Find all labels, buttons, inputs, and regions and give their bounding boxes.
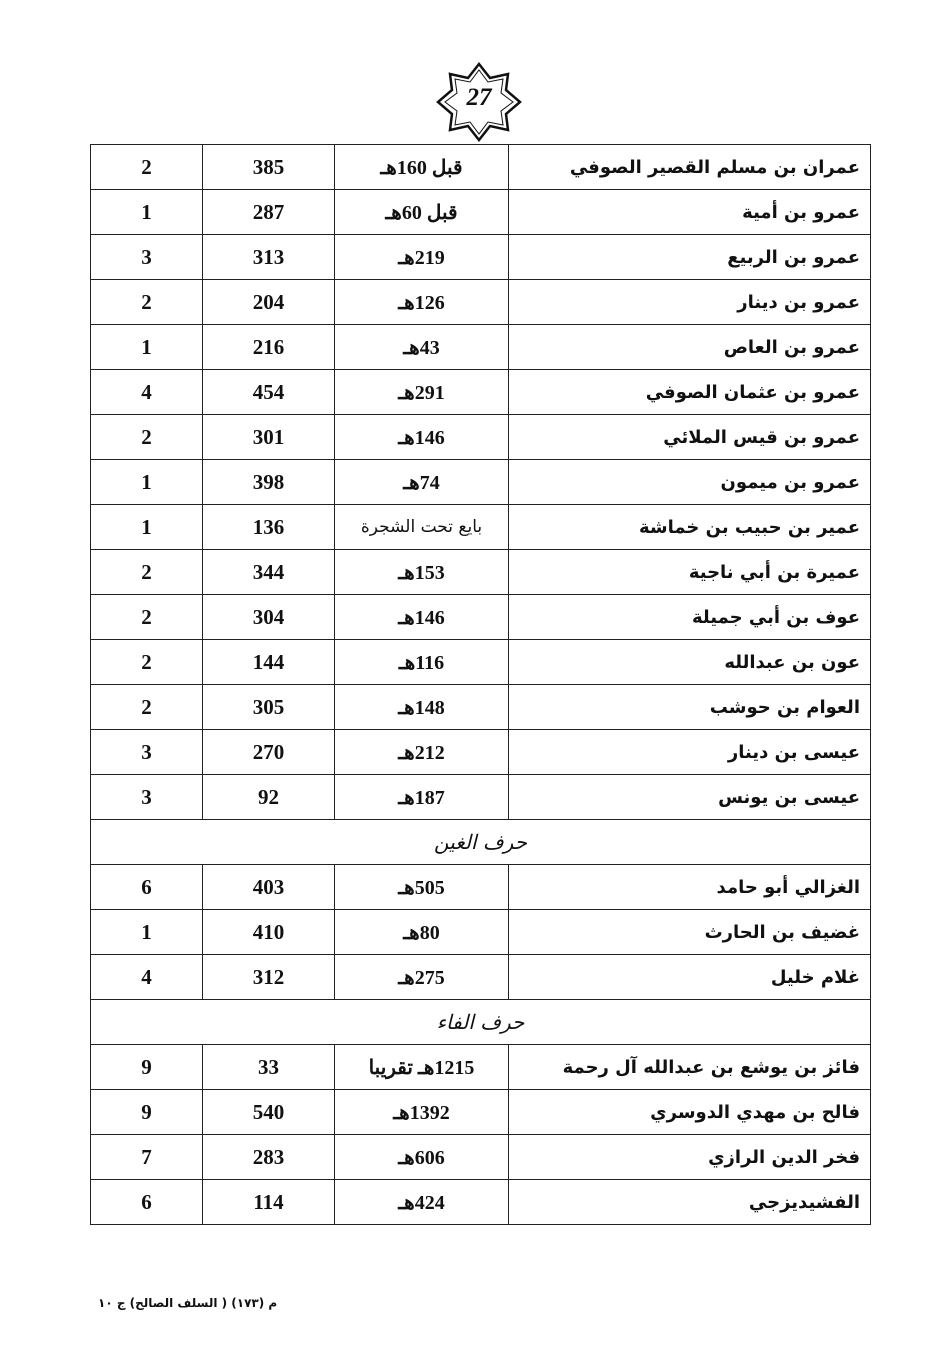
- name-cell: عون بن عبدالله: [509, 640, 871, 685]
- table-row: عمرو بن عثمان الصوفي291هـ4544: [91, 370, 871, 415]
- page-cell: 305: [203, 685, 335, 730]
- volume-cell: 1: [91, 460, 203, 505]
- volume-cell: 2: [91, 415, 203, 460]
- table-row: عمرو بن أميةقبل 60هـ2871: [91, 190, 871, 235]
- table-row: الغزالي أبو حامد505هـ4036: [91, 865, 871, 910]
- name-cell: الغزالي أبو حامد: [509, 865, 871, 910]
- page-cell: 403: [203, 865, 335, 910]
- name-cell: عمرو بن عثمان الصوفي: [509, 370, 871, 415]
- volume-cell: 3: [91, 730, 203, 775]
- name-cell: غضيف بن الحارث: [509, 910, 871, 955]
- index-table: عمران بن مسلم القصير الصوفيقبل 160هـ3852…: [90, 144, 871, 1225]
- page-cell: 136: [203, 505, 335, 550]
- table-row: فخر الدين الرازي606هـ2837: [91, 1135, 871, 1180]
- page-cell: 283: [203, 1135, 335, 1180]
- page-cell: 344: [203, 550, 335, 595]
- page-cell: 33: [203, 1045, 335, 1090]
- name-cell: عمرو بن أمية: [509, 190, 871, 235]
- death-date-cell: بايع تحت الشجرة: [335, 505, 509, 550]
- table-row: عميرة بن أبي ناجية153هـ3442: [91, 550, 871, 595]
- table-row: عمير بن حبيب بن خماشةبايع تحت الشجرة1361: [91, 505, 871, 550]
- table-row: غضيف بن الحارث80هـ4101: [91, 910, 871, 955]
- death-date-cell: 505هـ: [335, 865, 509, 910]
- death-date-cell: 1215هـ تقريبا: [335, 1045, 509, 1090]
- table-row: عمرو بن دينار126هـ2042: [91, 280, 871, 325]
- table-row: غلام خليل275هـ3124: [91, 955, 871, 1000]
- volume-cell: 1: [91, 910, 203, 955]
- page-cell: 313: [203, 235, 335, 280]
- death-date-cell: 187هـ: [335, 775, 509, 820]
- page-cell: 144: [203, 640, 335, 685]
- death-date-cell: 1392هـ: [335, 1090, 509, 1135]
- page-cell: 410: [203, 910, 335, 955]
- volume-cell: 2: [91, 685, 203, 730]
- volume-cell: 1: [91, 325, 203, 370]
- page-cell: 301: [203, 415, 335, 460]
- section-title: حرف الغين: [91, 820, 871, 865]
- page-cell: 216: [203, 325, 335, 370]
- page-cell: 398: [203, 460, 335, 505]
- table-row: عمران بن مسلم القصير الصوفيقبل 160هـ3852: [91, 145, 871, 190]
- table-row: فائز بن يوشع بن عبدالله آل رحمة1215هـ تق…: [91, 1045, 871, 1090]
- table-row: عمرو بن العاص43هـ2161: [91, 325, 871, 370]
- volume-cell: 1: [91, 505, 203, 550]
- page-cell: 270: [203, 730, 335, 775]
- page-cell: 540: [203, 1090, 335, 1135]
- name-cell: الفشيديزجي: [509, 1180, 871, 1225]
- page-number-badge: 27: [436, 62, 522, 142]
- table-row: عمرو بن الربيع219هـ3133: [91, 235, 871, 280]
- volume-cell: 4: [91, 955, 203, 1000]
- section-header-row: حرف الغين: [91, 820, 871, 865]
- name-cell: العوام بن حوشب: [509, 685, 871, 730]
- volume-cell: 7: [91, 1135, 203, 1180]
- name-cell: عوف بن أبي جميلة: [509, 595, 871, 640]
- page-cell: 114: [203, 1180, 335, 1225]
- death-date-cell: 43هـ: [335, 325, 509, 370]
- section-header-row: حرف الفاء: [91, 1000, 871, 1045]
- name-cell: غلام خليل: [509, 955, 871, 1000]
- name-cell: عمير بن حبيب بن خماشة: [509, 505, 871, 550]
- death-date-cell: 212هـ: [335, 730, 509, 775]
- volume-cell: 9: [91, 1045, 203, 1090]
- footer-signature: م (١٧٣) ( السلف الصالح) ج ١٠: [98, 1296, 277, 1310]
- death-date-cell: 116هـ: [335, 640, 509, 685]
- page-cell: 304: [203, 595, 335, 640]
- table-row: عمرو بن قيس الملائي146هـ3012: [91, 415, 871, 460]
- table-row: فالح بن مهدي الدوسري1392هـ5409: [91, 1090, 871, 1135]
- name-cell: فالح بن مهدي الدوسري: [509, 1090, 871, 1135]
- volume-cell: 9: [91, 1090, 203, 1135]
- name-cell: عمرو بن العاص: [509, 325, 871, 370]
- death-date-cell: 148هـ: [335, 685, 509, 730]
- death-date-cell: 146هـ: [335, 415, 509, 460]
- volume-cell: 3: [91, 235, 203, 280]
- table-row: عون بن عبدالله116هـ1442: [91, 640, 871, 685]
- volume-cell: 2: [91, 145, 203, 190]
- name-cell: عميرة بن أبي ناجية: [509, 550, 871, 595]
- page-cell: 454: [203, 370, 335, 415]
- death-date-cell: 153هـ: [335, 550, 509, 595]
- volume-cell: 6: [91, 865, 203, 910]
- page-number: 27: [436, 84, 522, 112]
- table-row: عمرو بن ميمون74هـ3981: [91, 460, 871, 505]
- death-date-cell: قبل 60هـ: [335, 190, 509, 235]
- table-row: عيسى بن يونس187هـ923: [91, 775, 871, 820]
- death-date-cell: 80هـ: [335, 910, 509, 955]
- volume-cell: 2: [91, 550, 203, 595]
- page-cell: 312: [203, 955, 335, 1000]
- death-date-cell: 74هـ: [335, 460, 509, 505]
- volume-cell: 6: [91, 1180, 203, 1225]
- page-cell: 92: [203, 775, 335, 820]
- death-date-cell: 291هـ: [335, 370, 509, 415]
- name-cell: فخر الدين الرازي: [509, 1135, 871, 1180]
- name-cell: عمرو بن ميمون: [509, 460, 871, 505]
- death-date-cell: 424هـ: [335, 1180, 509, 1225]
- name-cell: عيسى بن دينار: [509, 730, 871, 775]
- death-date-cell: 275هـ: [335, 955, 509, 1000]
- death-date-cell: 219هـ: [335, 235, 509, 280]
- name-cell: فائز بن يوشع بن عبدالله آل رحمة: [509, 1045, 871, 1090]
- volume-cell: 1: [91, 190, 203, 235]
- page-cell: 204: [203, 280, 335, 325]
- table-row: العوام بن حوشب148هـ3052: [91, 685, 871, 730]
- page-cell: 287: [203, 190, 335, 235]
- volume-cell: 4: [91, 370, 203, 415]
- death-date-cell: 126هـ: [335, 280, 509, 325]
- name-cell: عمرو بن دينار: [509, 280, 871, 325]
- name-cell: عمرو بن قيس الملائي: [509, 415, 871, 460]
- death-date-cell: قبل 160هـ: [335, 145, 509, 190]
- death-date-cell: 606هـ: [335, 1135, 509, 1180]
- name-cell: عمران بن مسلم القصير الصوفي: [509, 145, 871, 190]
- volume-cell: 3: [91, 775, 203, 820]
- volume-cell: 2: [91, 640, 203, 685]
- name-cell: عمرو بن الربيع: [509, 235, 871, 280]
- section-title: حرف الفاء: [91, 1000, 871, 1045]
- volume-cell: 2: [91, 280, 203, 325]
- volume-cell: 2: [91, 595, 203, 640]
- death-date-cell: 146هـ: [335, 595, 509, 640]
- page-cell: 385: [203, 145, 335, 190]
- table-row: الفشيديزجي424هـ1146: [91, 1180, 871, 1225]
- table-row: عيسى بن دينار212هـ2703: [91, 730, 871, 775]
- table-row: عوف بن أبي جميلة146هـ3042: [91, 595, 871, 640]
- name-cell: عيسى بن يونس: [509, 775, 871, 820]
